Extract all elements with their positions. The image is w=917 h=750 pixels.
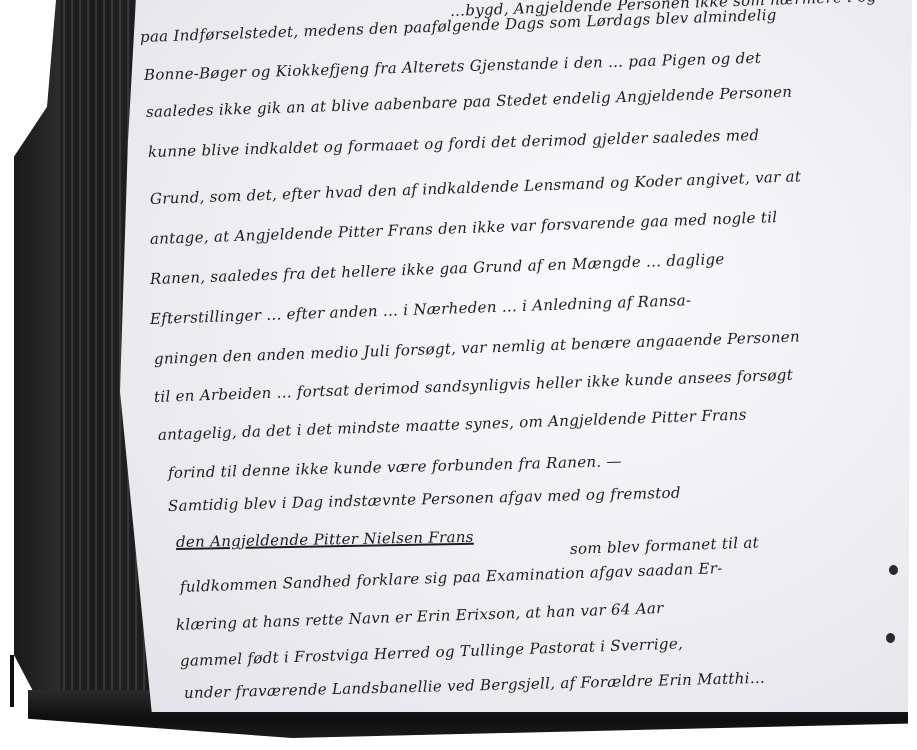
text-line: antagelig, da det i det mindste maatte s…	[158, 405, 747, 444]
text-line: gningen den anden medio Juli forsøgt, va…	[154, 327, 801, 368]
text-line: Bonne-Bøger og Kiokkefjeng fra Alterets …	[144, 49, 762, 84]
handwritten-text: …bygd, Angjeldende Personen ikke som nær…	[140, 0, 910, 710]
binding-hole	[889, 565, 898, 575]
text-line: kunne blive indkaldet og formaaet og for…	[148, 126, 760, 161]
text-line: forind til denne ikke kunde være forbund…	[168, 452, 622, 482]
text-line: klæring at hans rette Navn er Erin Erixs…	[176, 599, 664, 634]
manuscript-photo: …bygd, Angjeldende Personen ikke som nær…	[0, 0, 917, 750]
text-line: Grund, som det, efter hvad den af indkal…	[150, 167, 802, 208]
text-line: gammel født i Frostviga Herred og Tullin…	[180, 634, 684, 670]
underlined-name: den Angjeldende Pitter Nielsen Frans	[176, 528, 474, 551]
binding-hole	[886, 633, 895, 643]
text-line: til en Arbeiden ... fortsat derimod sand…	[154, 366, 794, 406]
text-line: saaledes ikke gik an at blive aabenbare …	[146, 83, 793, 121]
text-line: antage, at Angjeldende Pitter Frans den …	[150, 208, 778, 248]
edge-mark	[10, 655, 14, 707]
text-line: som blev formanet til at	[570, 533, 760, 558]
text-line: fuldkommen Sandhed forklare sig paa Exam…	[180, 559, 723, 596]
text-line: Efterstillinger ... efter anden ... i Næ…	[150, 291, 692, 328]
text-line: Ranen, saaledes fra det hellere ikke gaa…	[150, 250, 725, 288]
text-line: under fraværende Landsbanellie ved Bergs…	[184, 669, 765, 702]
text-line: Samtidig blev i Dag indstævnte Personen …	[168, 484, 681, 515]
